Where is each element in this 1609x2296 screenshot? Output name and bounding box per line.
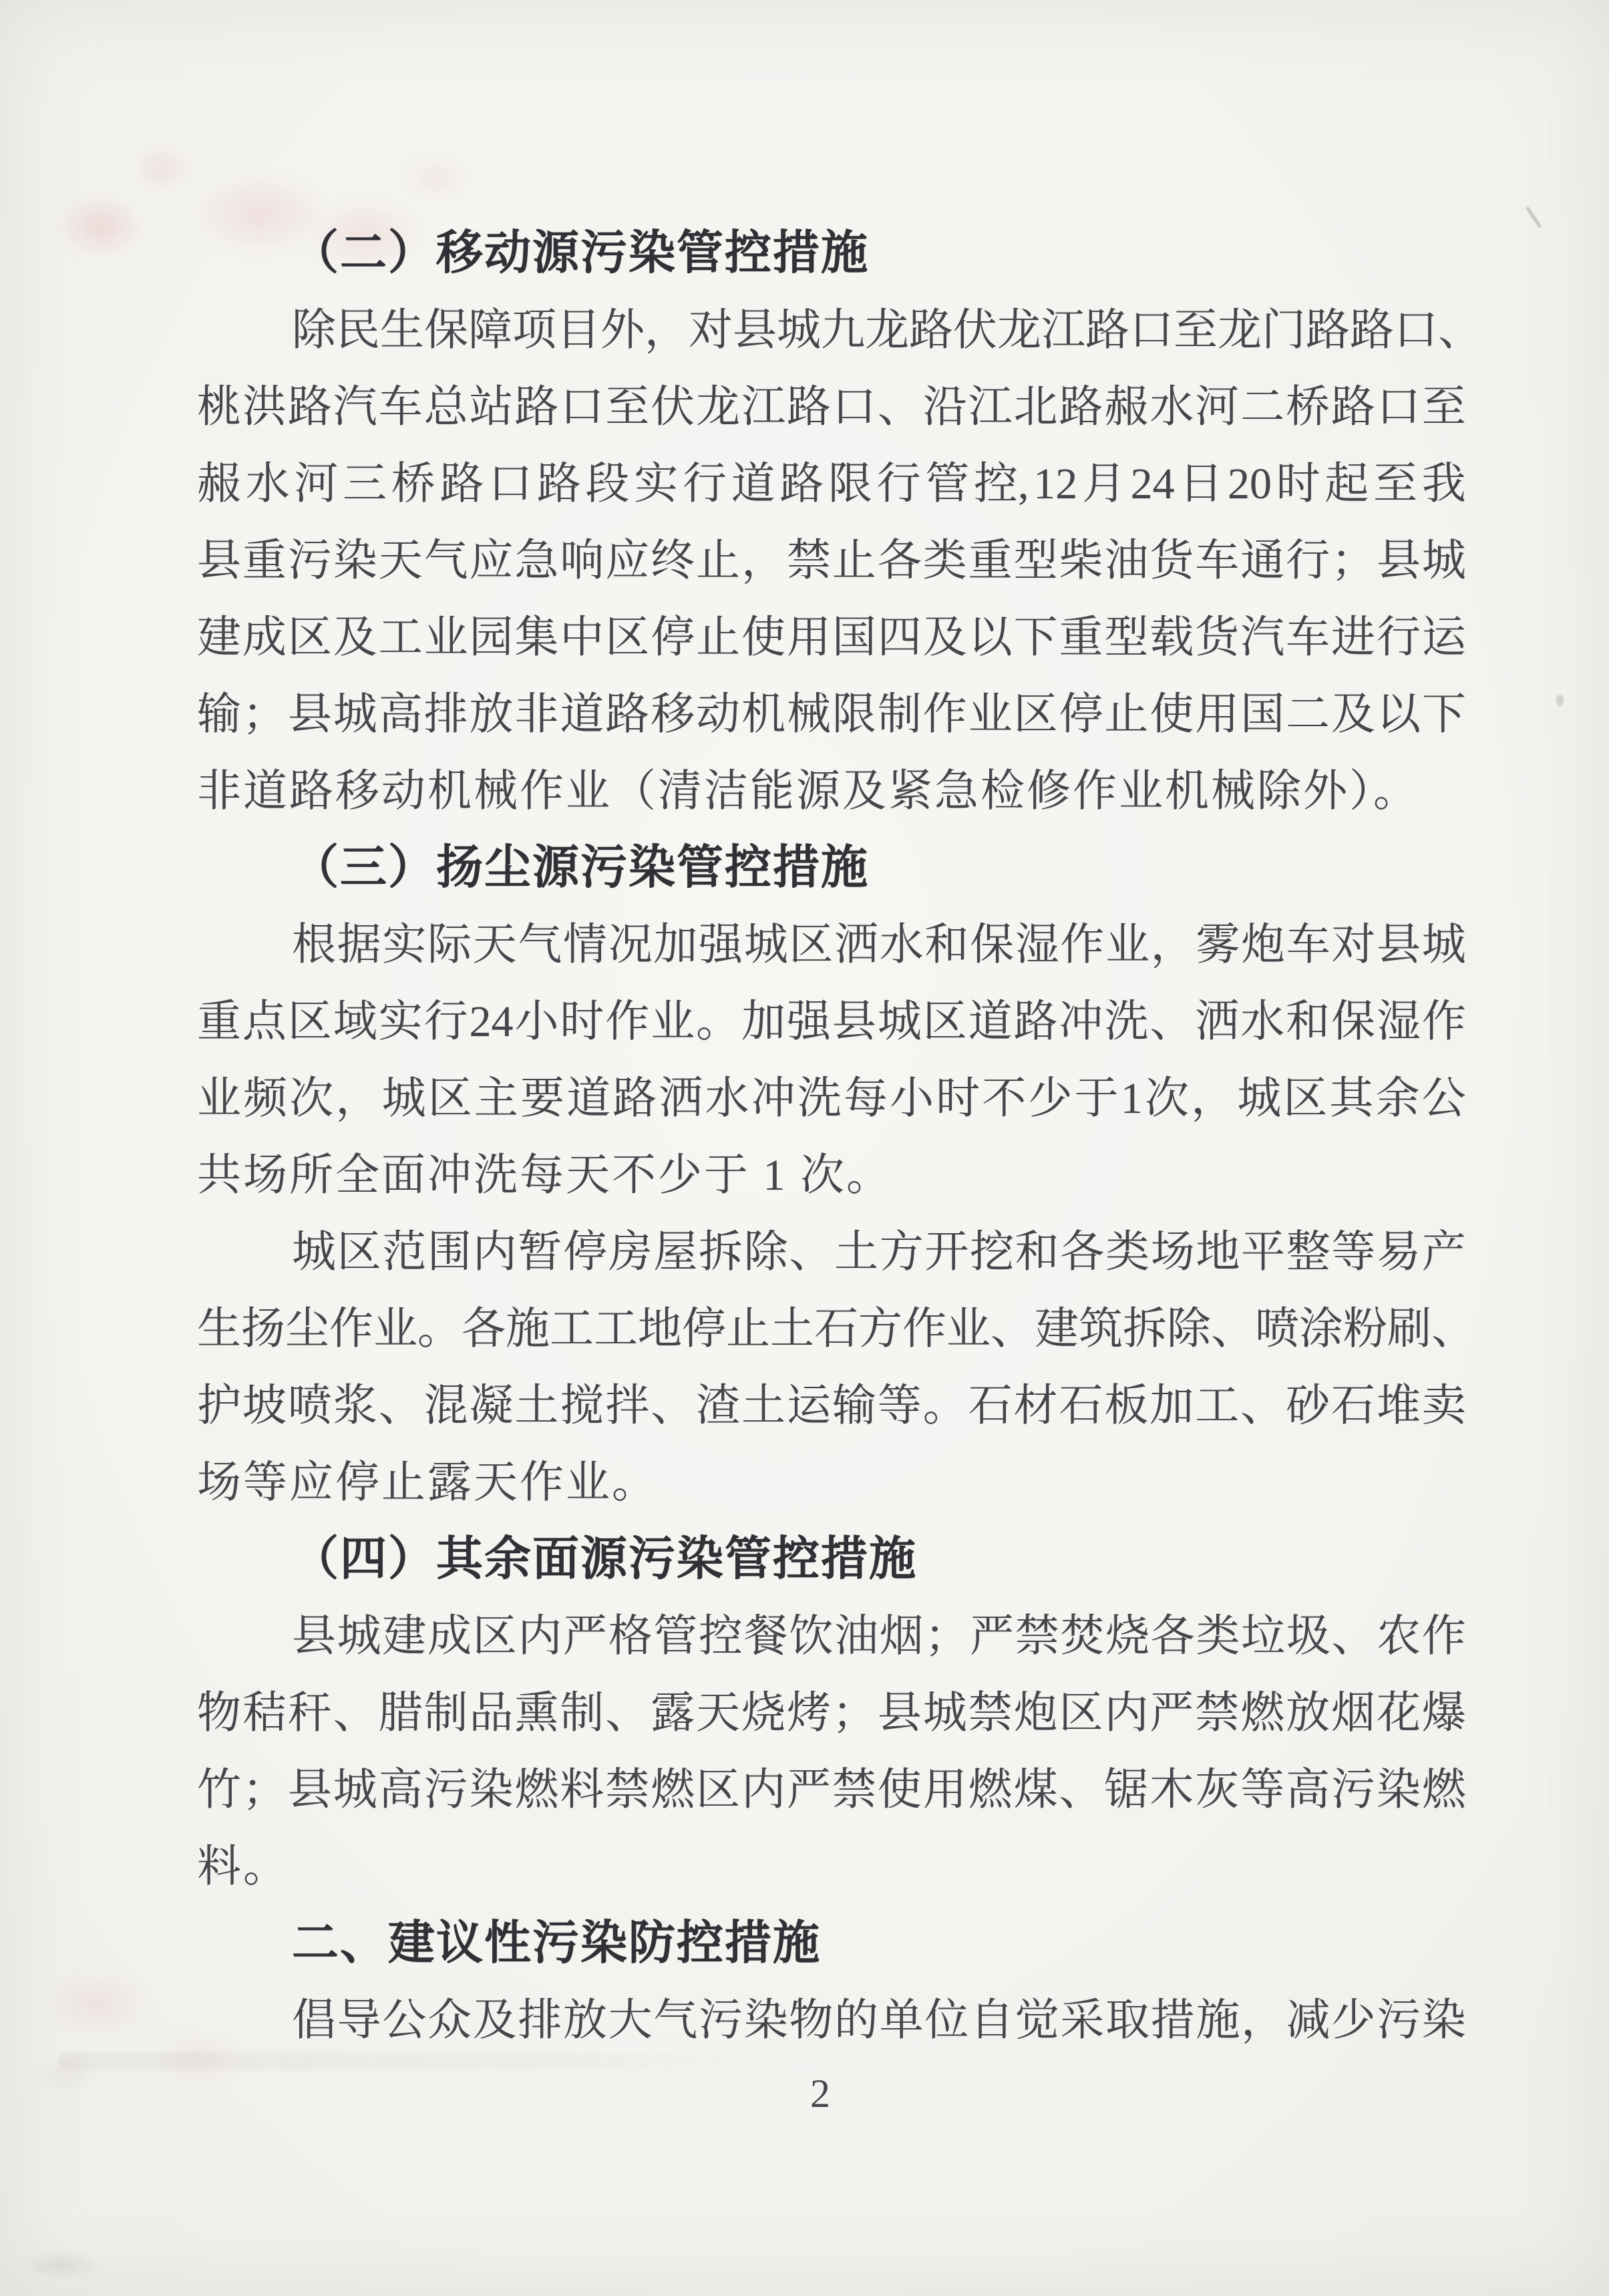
paragraph-line: 业频次，城区主要道路洒水冲洗每小时不少于1次，城区其余公 — [197, 1060, 1466, 1137]
section-heading-dust-source: （三）扬尘源污染管控措施 — [197, 830, 1466, 907]
scanned-document-page: （二）移动源污染管控措施 除民生保障项目外，对县城九龙路伏龙江路口至龙门路路口、… — [0, 0, 1609, 2296]
paragraph-line: 场等应停止露天作业。 — [197, 1444, 1466, 1521]
paragraph-line: 料。 — [197, 1828, 1466, 1905]
document-body: （二）移动源污染管控措施 除民生保障项目外，对县城九龙路伏龙江路口至龙门路路口、… — [197, 215, 1466, 2059]
paragraph-line: 重点区域实行24小时作业。加强县城区道路冲洗、洒水和保湿作 — [197, 983, 1466, 1060]
paragraph-line: 非道路移动机械作业（清洁能源及紧急检修作业机械除外）。 — [197, 753, 1466, 830]
paragraph-line: 竹；县城高污染燃料禁燃区内严禁使用燃煤、锯木灰等高污染燃 — [197, 1752, 1466, 1828]
paragraph-line: 桃洪路汽车总站路口至伏龙江路口、沿江北路赧水河二桥路口至 — [197, 369, 1466, 446]
section-heading-other-area-source: （四）其余面源污染管控措施 — [197, 1521, 1466, 1598]
paragraph-line: 根据实际天气情况加强城区洒水和保湿作业，雾炮车对县城 — [197, 907, 1466, 983]
paragraph-line: 物秸秆、腊制品熏制、露天烧烤；县城禁炮区内严禁燃放烟花爆 — [197, 1675, 1466, 1752]
paragraph-line: 城区范围内暂停房屋拆除、土方开挖和各类场地平整等易产 — [197, 1214, 1466, 1291]
section-heading-recommended-measures: 二、建议性污染防控措施 — [197, 1905, 1466, 1982]
scan-speck-right-mid — [1556, 695, 1564, 706]
paragraph-line: 县重污染天气应急响应终止，禁止各类重型柴油货车通行；县城 — [197, 522, 1466, 599]
paragraph-line: 护坡喷浆、混凝土搅拌、渣土运输等。石材石板加工、砂石堆卖 — [197, 1367, 1466, 1444]
paragraph-line: 县城建成区内严格管控餐饮油烟；严禁焚烧各类垃圾、农作 — [197, 1598, 1466, 1675]
page-number: 2 — [0, 2071, 1609, 2117]
section-heading-mobile-source: （二）移动源污染管控措施 — [197, 215, 1466, 292]
paragraph-line: 输；县城高排放非道路移动机械限制作业区停止使用国二及以下 — [197, 676, 1466, 753]
paragraph-line: 除民生保障项目外，对县城九龙路伏龙江路口至龙门路路口、 — [197, 292, 1466, 369]
paragraph-line: 生扬尘作业。各施工工地停止土石方作业、建筑拆除、喷涂粉刷、 — [197, 1291, 1466, 1367]
paragraph-line: 倡导公众及排放大气污染物的单位自觉采取措施，减少污染 — [197, 1982, 1466, 2059]
paragraph-line: 建成区及工业园集中区停止使用国四及以下重型载货汽车进行运 — [197, 599, 1466, 676]
scan-speck-right-top — [1526, 197, 1556, 228]
paragraph-line: 共场所全面冲洗每天不少于 1 次。 — [197, 1137, 1466, 1214]
scan-shadow-corner — [24, 2250, 118, 2281]
paragraph-line: 赧水河三桥路口路段实行道路限行管控,12月24日20时起至我 — [197, 446, 1466, 522]
